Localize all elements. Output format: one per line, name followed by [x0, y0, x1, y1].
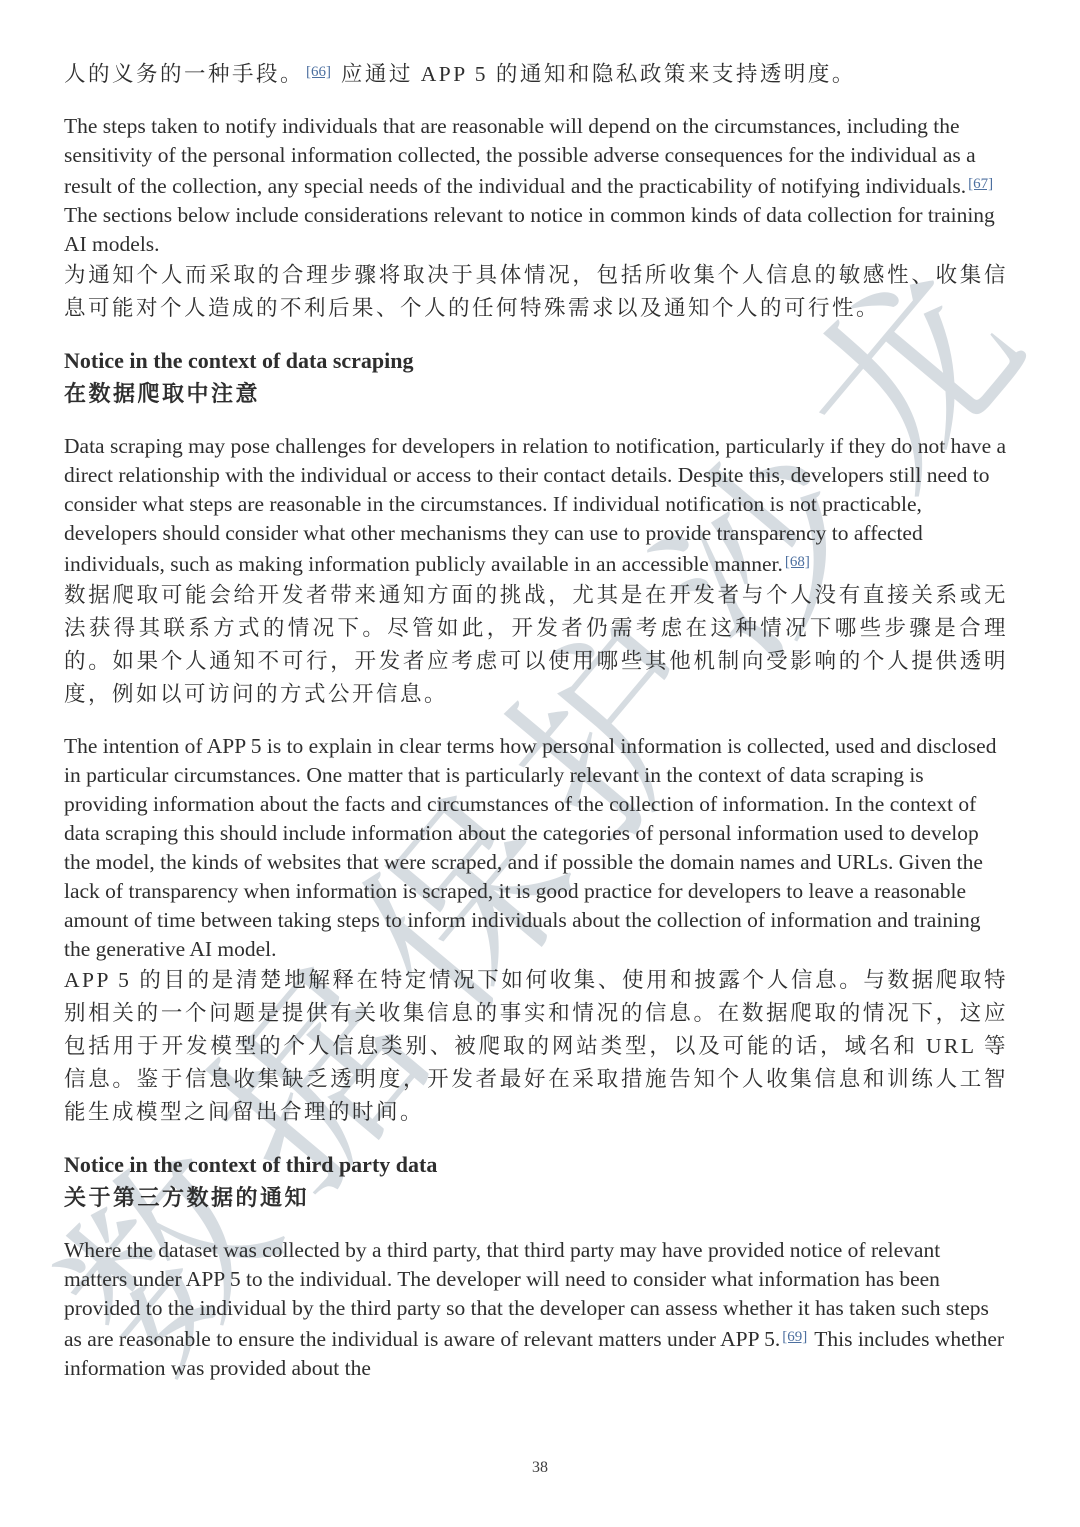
paragraph-en: Where the dataset was collected by a thi… — [64, 1236, 1008, 1383]
text-run: The sections below include consideration… — [64, 203, 995, 256]
section-heading-en: Notice in the context of data scraping — [64, 346, 1008, 376]
paragraph-zh: 数据爬取可能会给开发者带来通知方面的挑战，尤其是在开发者与个人没有直接关系或无法… — [64, 579, 1008, 711]
page-number: 38 — [0, 1459, 1080, 1477]
document-content: 人的义务的一种手段。[66] 应通过 APP 5 的通知和隐私政策来支持透明度。… — [64, 56, 1008, 1383]
text-run: The steps taken to notify individuals th… — [64, 114, 976, 198]
footnote-ref-link[interactable]: [68] — [783, 554, 812, 570]
section-heading-zh: 在数据爬取中注意 — [64, 376, 1008, 411]
document-page: 数据保护沙龙 人的义务的一种手段。[66] 应通过 APP 5 的通知和隐私政策… — [0, 0, 1080, 1527]
text-run: 应通过 APP 5 的通知和隐私政策来支持透明度。 — [333, 62, 856, 86]
text-run: The intention of APP 5 is to explain in … — [64, 734, 996, 961]
text-run: 为通知个人而采取的合理步骤将取决于具体情况，包括所收集个人信息的敏感性、收集信息… — [64, 263, 1008, 320]
footnote-ref-link[interactable]: [66] — [304, 64, 333, 80]
text-run: Notice in the context of third party dat… — [64, 1152, 437, 1177]
text-run: 数据爬取可能会给开发者带来通知方面的挑战，尤其是在开发者与个人没有直接关系或无法… — [64, 583, 1008, 706]
text-run: 关于第三方数据的通知 — [64, 1185, 309, 1210]
text-run: 人的义务的一种手段。 — [64, 62, 304, 86]
text-run: Notice in the context of data scraping — [64, 348, 414, 373]
footnote-ref-link[interactable]: [67] — [966, 176, 995, 192]
paragraph-en: The intention of APP 5 is to explain in … — [64, 732, 1008, 964]
text-run: Data scraping may pose challenges for de… — [64, 434, 1006, 576]
section-heading-zh: 关于第三方数据的通知 — [64, 1180, 1008, 1215]
text-run: 在数据爬取中注意 — [64, 381, 260, 406]
footnote-ref-link[interactable]: [69] — [780, 1329, 809, 1345]
paragraph-en: Data scraping may pose challenges for de… — [64, 432, 1008, 579]
paragraph-zh: 人的义务的一种手段。[66] 应通过 APP 5 的通知和隐私政策来支持透明度。 — [64, 56, 1008, 91]
paragraph-en: The steps taken to notify individuals th… — [64, 112, 1008, 259]
paragraph-zh: APP 5 的目的是清楚地解释在特定情况下如何收集、使用和披露个人信息。与数据爬… — [64, 964, 1008, 1129]
paragraph-zh: 为通知个人而采取的合理步骤将取决于具体情况，包括所收集个人信息的敏感性、收集信息… — [64, 259, 1008, 325]
section-heading-en: Notice in the context of third party dat… — [64, 1150, 1008, 1180]
text-run: APP 5 的目的是清楚地解释在特定情况下如何收集、使用和披露个人信息。与数据爬… — [64, 968, 1008, 1124]
